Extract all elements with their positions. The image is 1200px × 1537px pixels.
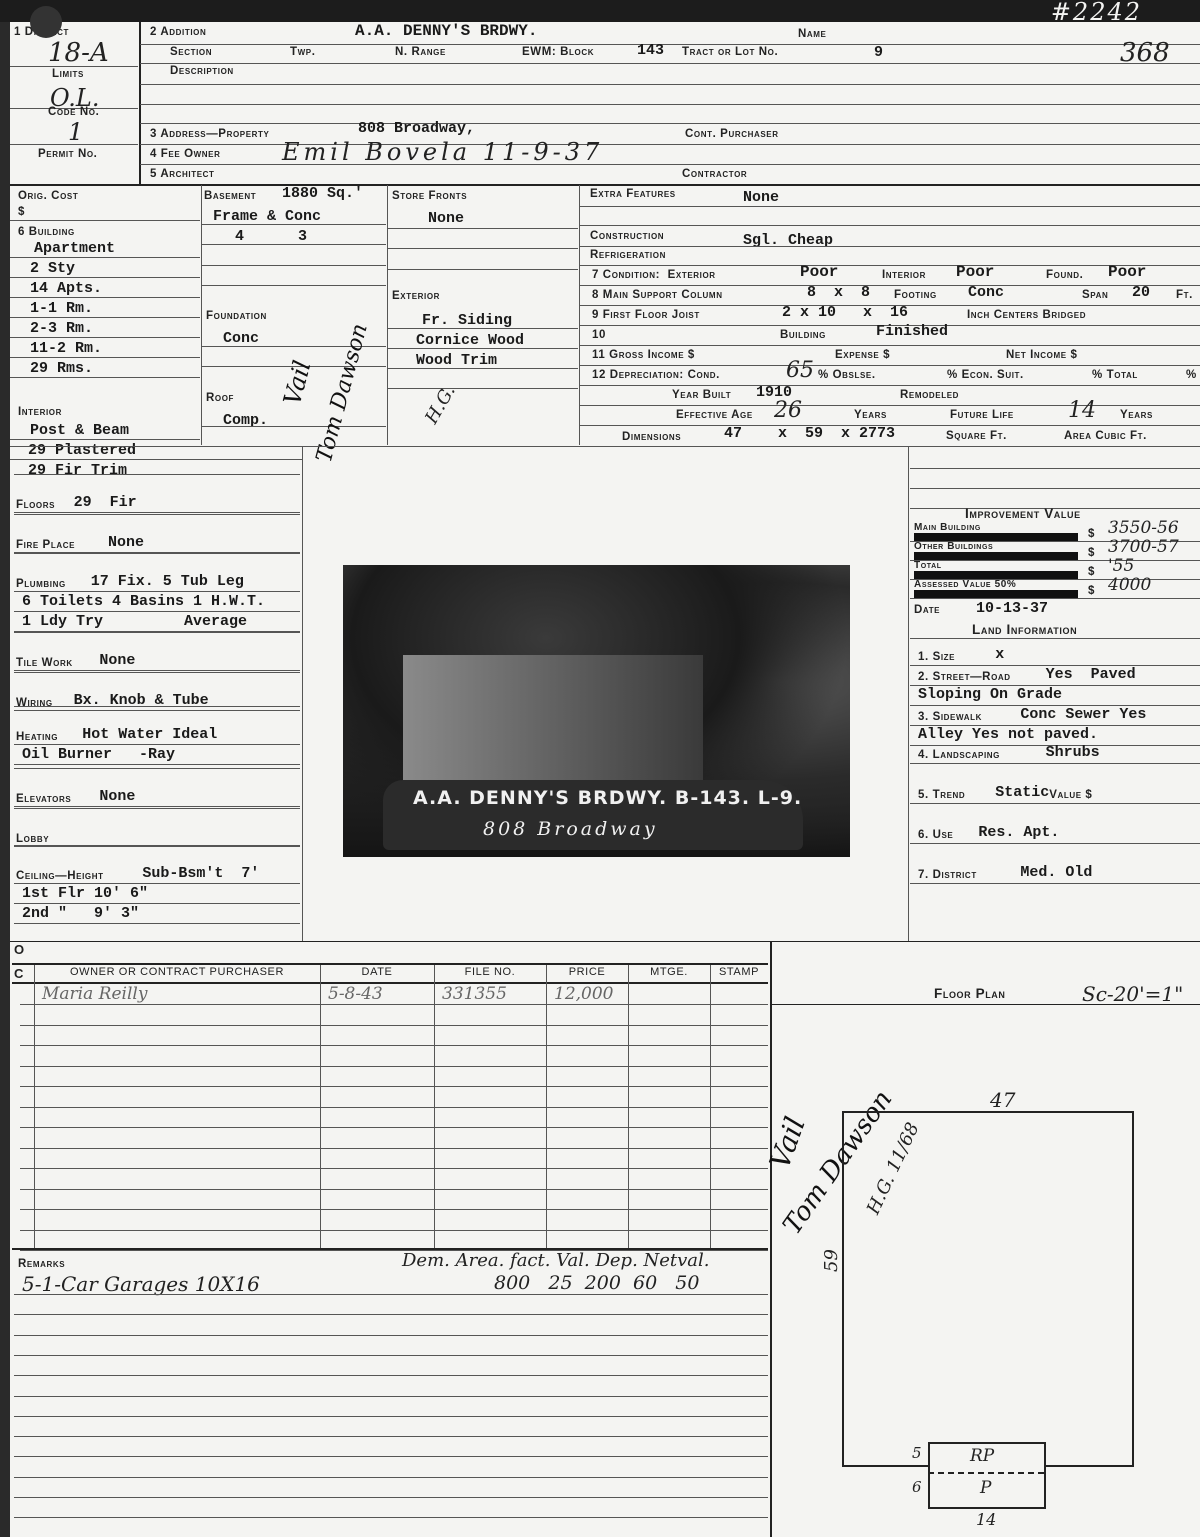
currency-sign: $ <box>1088 585 1095 597</box>
addition-label: 2 Addition <box>150 26 206 38</box>
fee-owner-value: Emil Bovela 11-9-37 <box>282 138 603 166</box>
block-value: 143 <box>637 42 664 59</box>
basement-line-2: 4 3 <box>235 228 307 245</box>
detail-value: Sub-Bsm't 7' <box>142 865 259 882</box>
improvement-row-label: Total <box>914 560 942 571</box>
building-line: 11-2 Rm. <box>30 340 102 357</box>
refrigeration-label: Refrigeration <box>590 249 666 261</box>
c-label: C <box>14 966 24 981</box>
detail-extra: 6 Toilets 4 Basins 1 H.W.T. <box>22 593 265 610</box>
floor-plan-scale: Sc-20'=1" <box>1082 982 1183 1006</box>
twp-label: Twp. <box>290 46 316 58</box>
detail-value: 17 Fix. 5 Tub Leg <box>91 573 244 590</box>
architect-label: 5 Architect <box>150 168 215 180</box>
fp-rp-dim: 5 <box>912 1444 922 1462</box>
interior-line: 29 Plastered <box>28 442 136 459</box>
land-label: 7. District <box>918 869 977 881</box>
net-income-label: Net Income $ <box>1006 349 1078 361</box>
land-value: Yes Paved <box>1046 666 1136 683</box>
improvement-title: Improvement Value <box>965 506 1081 521</box>
found-condition: Poor <box>1108 263 1146 281</box>
land-title: Land Information <box>972 622 1077 637</box>
land-extra: Sloping On Grade <box>918 686 1062 703</box>
lot-value: 9 <box>874 44 883 61</box>
orig-cost-currency: $ <box>18 206 25 218</box>
fp-p-label: P <box>980 1478 991 1498</box>
building-line: 2-3 Rm. <box>30 320 93 337</box>
description-label: Description <box>170 65 234 77</box>
improvement-row-value: 4000 <box>1108 575 1151 595</box>
floor-plan-label: Floor Plan <box>934 986 1006 1001</box>
land-label: 2. Street—Road <box>918 671 1011 683</box>
date-label: Date <box>914 604 940 616</box>
detail-value: 29 Fir <box>74 494 137 511</box>
detail-extra: 1 Ldy Try Average <box>22 613 247 630</box>
detail-value: None <box>99 652 135 669</box>
detail-label: Plumbing <box>16 578 66 590</box>
joist-suffix: Inch Centers Bridged <box>967 309 1086 321</box>
extra-features-label: Extra Features <box>590 188 676 200</box>
obsolescence-label: % Obslse. <box>818 369 876 381</box>
depreciation-cond-value: 65 <box>786 358 814 383</box>
improvement-row-label: Other Buildings <box>914 541 993 552</box>
property-record-card: 1 District 18-A Limits O.L. Code No. 1 P… <box>10 22 1200 1537</box>
condition-label: 7 Condition: Exterior <box>592 269 716 281</box>
building-status-label: Building <box>780 329 826 341</box>
econ-suit-label: % Econ. Suit. <box>947 369 1024 381</box>
area-cubic-label: Area Cubic Ft. <box>1064 430 1147 442</box>
detail-extra: 1st Flr 10' 6" <box>22 885 148 902</box>
pct-label: % <box>1186 369 1197 381</box>
land-label: 5. Trend <box>918 789 965 801</box>
gross-income-label: 11 Gross Income $ <box>592 349 695 361</box>
fp-width-label: 47 <box>990 1088 1015 1112</box>
district-value: 18-A <box>48 38 109 68</box>
foundation-label: Foundation <box>206 310 267 322</box>
building-line: 2 Sty <box>30 260 75 277</box>
table-header-cell: Stamp <box>710 966 768 978</box>
remarks-line-1-right: 800 25 200 60 50 <box>494 1272 699 1294</box>
orig-cost-label: Orig. Cost <box>18 190 78 202</box>
land-extra: Alley Yes not paved. <box>918 726 1098 743</box>
years-label: Years <box>854 409 887 421</box>
limits-label: Limits <box>52 68 84 80</box>
improvement-row-value: 3550-56 <box>1108 518 1179 538</box>
year-built-label: Year Built <box>672 389 731 401</box>
contractor-label: Contractor <box>682 168 747 180</box>
found-condition-label: Found. <box>1046 269 1083 281</box>
store-fronts-value: None <box>428 210 464 227</box>
o-label: O <box>14 942 25 957</box>
currency-sign: $ <box>1088 547 1095 559</box>
building-status-value: Finished <box>876 323 948 340</box>
code-label: Code No. <box>48 106 99 118</box>
joist-value: 2 x 10 x 16 <box>782 304 908 321</box>
detail-label: Elevators <box>16 793 71 805</box>
remodeled-label: Remodeled <box>900 389 959 401</box>
land-label: 1. Size <box>918 651 955 663</box>
remarks-line-1-left: 5-1-Car Garages 10X16 <box>22 1272 260 1296</box>
table-cell: 5-8-43 <box>328 984 383 1004</box>
future-life-value: 14 <box>1068 398 1096 423</box>
detail-label: Ceiling—Height <box>16 870 104 882</box>
table-header-cell: Price <box>546 966 628 978</box>
joist-label: 9 First Floor Joist <box>592 309 700 321</box>
improvement-row-label: Assessed Value 50% <box>914 579 1016 590</box>
basement-value: 1880 Sq.' <box>282 185 363 202</box>
land-value: Conc Sewer Yes <box>1020 706 1146 723</box>
addition-value: A.A. DENNY'S BRDWY. <box>355 22 537 40</box>
remarks-header-note: Dem. Area. fact. Val. Dep. Netval. <box>402 1250 710 1271</box>
fp-depth-label: 59 <box>821 1249 842 1272</box>
handwritten-signature-2: Tom Dawson <box>312 321 373 465</box>
range-label: N. Range <box>395 46 446 58</box>
exterior-line-1: Fr. Siding <box>422 312 512 329</box>
table-cell: 12,000 <box>554 984 613 1004</box>
fp-annex-width: 14 <box>976 1510 996 1529</box>
improvement-row-value: 3700-57 <box>1108 537 1179 557</box>
date-value: 10-13-37 <box>976 600 1048 617</box>
row10-label: 10 <box>592 329 606 341</box>
fee-owner-label: 4 Fee Owner <box>150 148 220 160</box>
exterior-condition: Poor <box>800 263 838 281</box>
effective-age-value: 26 <box>774 398 802 423</box>
detail-extra: 2nd " 9' 3" <box>22 905 139 922</box>
land-value: Shrubs <box>1046 744 1100 761</box>
interior-line: 29 Fir Trim <box>28 462 127 479</box>
building-label: 6 Building <box>18 226 75 238</box>
permit-label: Permit No. <box>38 148 97 160</box>
land-value: Static <box>995 784 1049 801</box>
name-label: Name <box>798 28 826 40</box>
foundation-value: Conc <box>223 330 259 347</box>
total-label: % Total <box>1092 369 1138 381</box>
dimensions-value: 47 x 59 x 2773 <box>724 425 895 442</box>
land-suffix: Value $ <box>1049 789 1092 801</box>
detail-extra: Oil Burner -Ray <box>22 746 175 763</box>
floor-plan-main <box>842 1111 1134 1467</box>
photo-caption-line-2: 808 Broadway <box>483 818 658 840</box>
address-value: 808 Broadway, <box>358 120 475 137</box>
lot-label: Tract or Lot No. <box>682 46 778 58</box>
address-label: 3 Address—Property <box>150 128 269 140</box>
detail-value: Hot Water Ideal <box>82 726 217 743</box>
interior-label: Interior <box>18 406 62 418</box>
fp-rp-label: RP <box>970 1446 994 1466</box>
card-number: #2242 <box>1051 0 1142 26</box>
square-ft-label: Square Ft. <box>946 430 1007 442</box>
property-photo: A.A. DENNY'S BRDWY. B-143. L-9. 808 Broa… <box>343 565 850 857</box>
building-line: Apartment <box>34 240 115 257</box>
table-header-cell: Owner or Contract Purchaser <box>34 966 320 978</box>
punch-hole <box>30 6 62 38</box>
improvement-row-value: '55 <box>1108 556 1134 576</box>
store-fronts-label: Store Fronts <box>392 190 467 202</box>
ft-label: Ft. <box>1176 289 1193 301</box>
expense-label: Expense $ <box>835 349 890 361</box>
section-label: Section <box>170 46 212 58</box>
span-label: Span <box>1082 289 1108 301</box>
detail-label: Wiring <box>16 697 53 709</box>
land-value: x <box>995 646 1004 663</box>
detail-label: Lobby <box>16 833 49 845</box>
footing-label: Footing <box>894 289 937 301</box>
dimensions-label: Dimensions <box>622 431 681 443</box>
effective-age-label: Effective Age <box>676 409 753 421</box>
interior-line: Post & Beam <box>30 422 129 439</box>
land-value: Med. Old <box>1020 864 1092 881</box>
years-label-2: Years <box>1120 409 1153 421</box>
land-value: Res. Apt. <box>978 824 1059 841</box>
depreciation-label: 12 Depreciation: Cond. <box>592 369 720 381</box>
building-line: 1-1 Rm. <box>30 300 93 317</box>
exterior-line-3: Wood Trim <box>416 352 497 369</box>
building-line: 29 Rms. <box>30 360 93 377</box>
roof-label: Roof <box>206 392 234 404</box>
improvement-row-label: Main Building <box>914 522 981 533</box>
table-header-cell: Mtge. <box>628 966 710 978</box>
land-label: 4. Landscaping <box>918 749 1000 761</box>
cont-purchaser-label: Cont. Purchaser <box>685 128 779 140</box>
table-cell: 331355 <box>442 984 507 1004</box>
ewm-label: EWM: Block <box>522 46 594 58</box>
table-cell: Maria Reilly <box>42 984 147 1004</box>
extra-features-value: None <box>743 189 779 206</box>
support-value: 8 x 8 <box>807 284 870 301</box>
currency-sign: $ <box>1088 528 1095 540</box>
construction-label: Construction <box>590 230 664 242</box>
fp-p-dim: 6 <box>912 1478 922 1496</box>
footing-value: Conc <box>968 284 1004 301</box>
basement-label: Basement <box>204 190 256 202</box>
table-header-cell: File No. <box>434 966 546 978</box>
currency-sign: $ <box>1088 566 1095 578</box>
remarks-label: Remarks <box>18 1258 65 1270</box>
span-value: 20 <box>1132 284 1150 301</box>
support-label: 8 Main Support Column <box>592 289 723 301</box>
scan-border <box>0 0 1200 22</box>
exterior-line-2: Cornice Wood <box>416 332 524 349</box>
table-header-cell: Date <box>320 966 434 978</box>
detail-value: None <box>108 534 144 551</box>
detail-label: Tile Work <box>16 657 73 669</box>
header-divider <box>139 22 141 184</box>
detail-value: None <box>99 788 135 805</box>
land-label: 3. Sidewalk <box>918 711 982 723</box>
detail-label: Floors <box>16 499 55 511</box>
photo-caption-line-1: A.A. DENNY'S BRDWY. B-143. L-9. <box>413 787 802 809</box>
basement-line-1: Frame & Conc <box>213 208 321 225</box>
exterior-label: Exterior <box>392 290 440 302</box>
code-value: 1 <box>68 118 83 146</box>
building-line: 14 Apts. <box>30 280 102 297</box>
detail-label: Heating <box>16 731 58 743</box>
interior-condition: Poor <box>956 263 994 281</box>
future-life-label: Future Life <box>950 409 1014 421</box>
land-label: 6. Use <box>918 829 953 841</box>
detail-label: Fire Place <box>16 539 75 551</box>
interior-condition-label: Interior <box>882 269 926 281</box>
